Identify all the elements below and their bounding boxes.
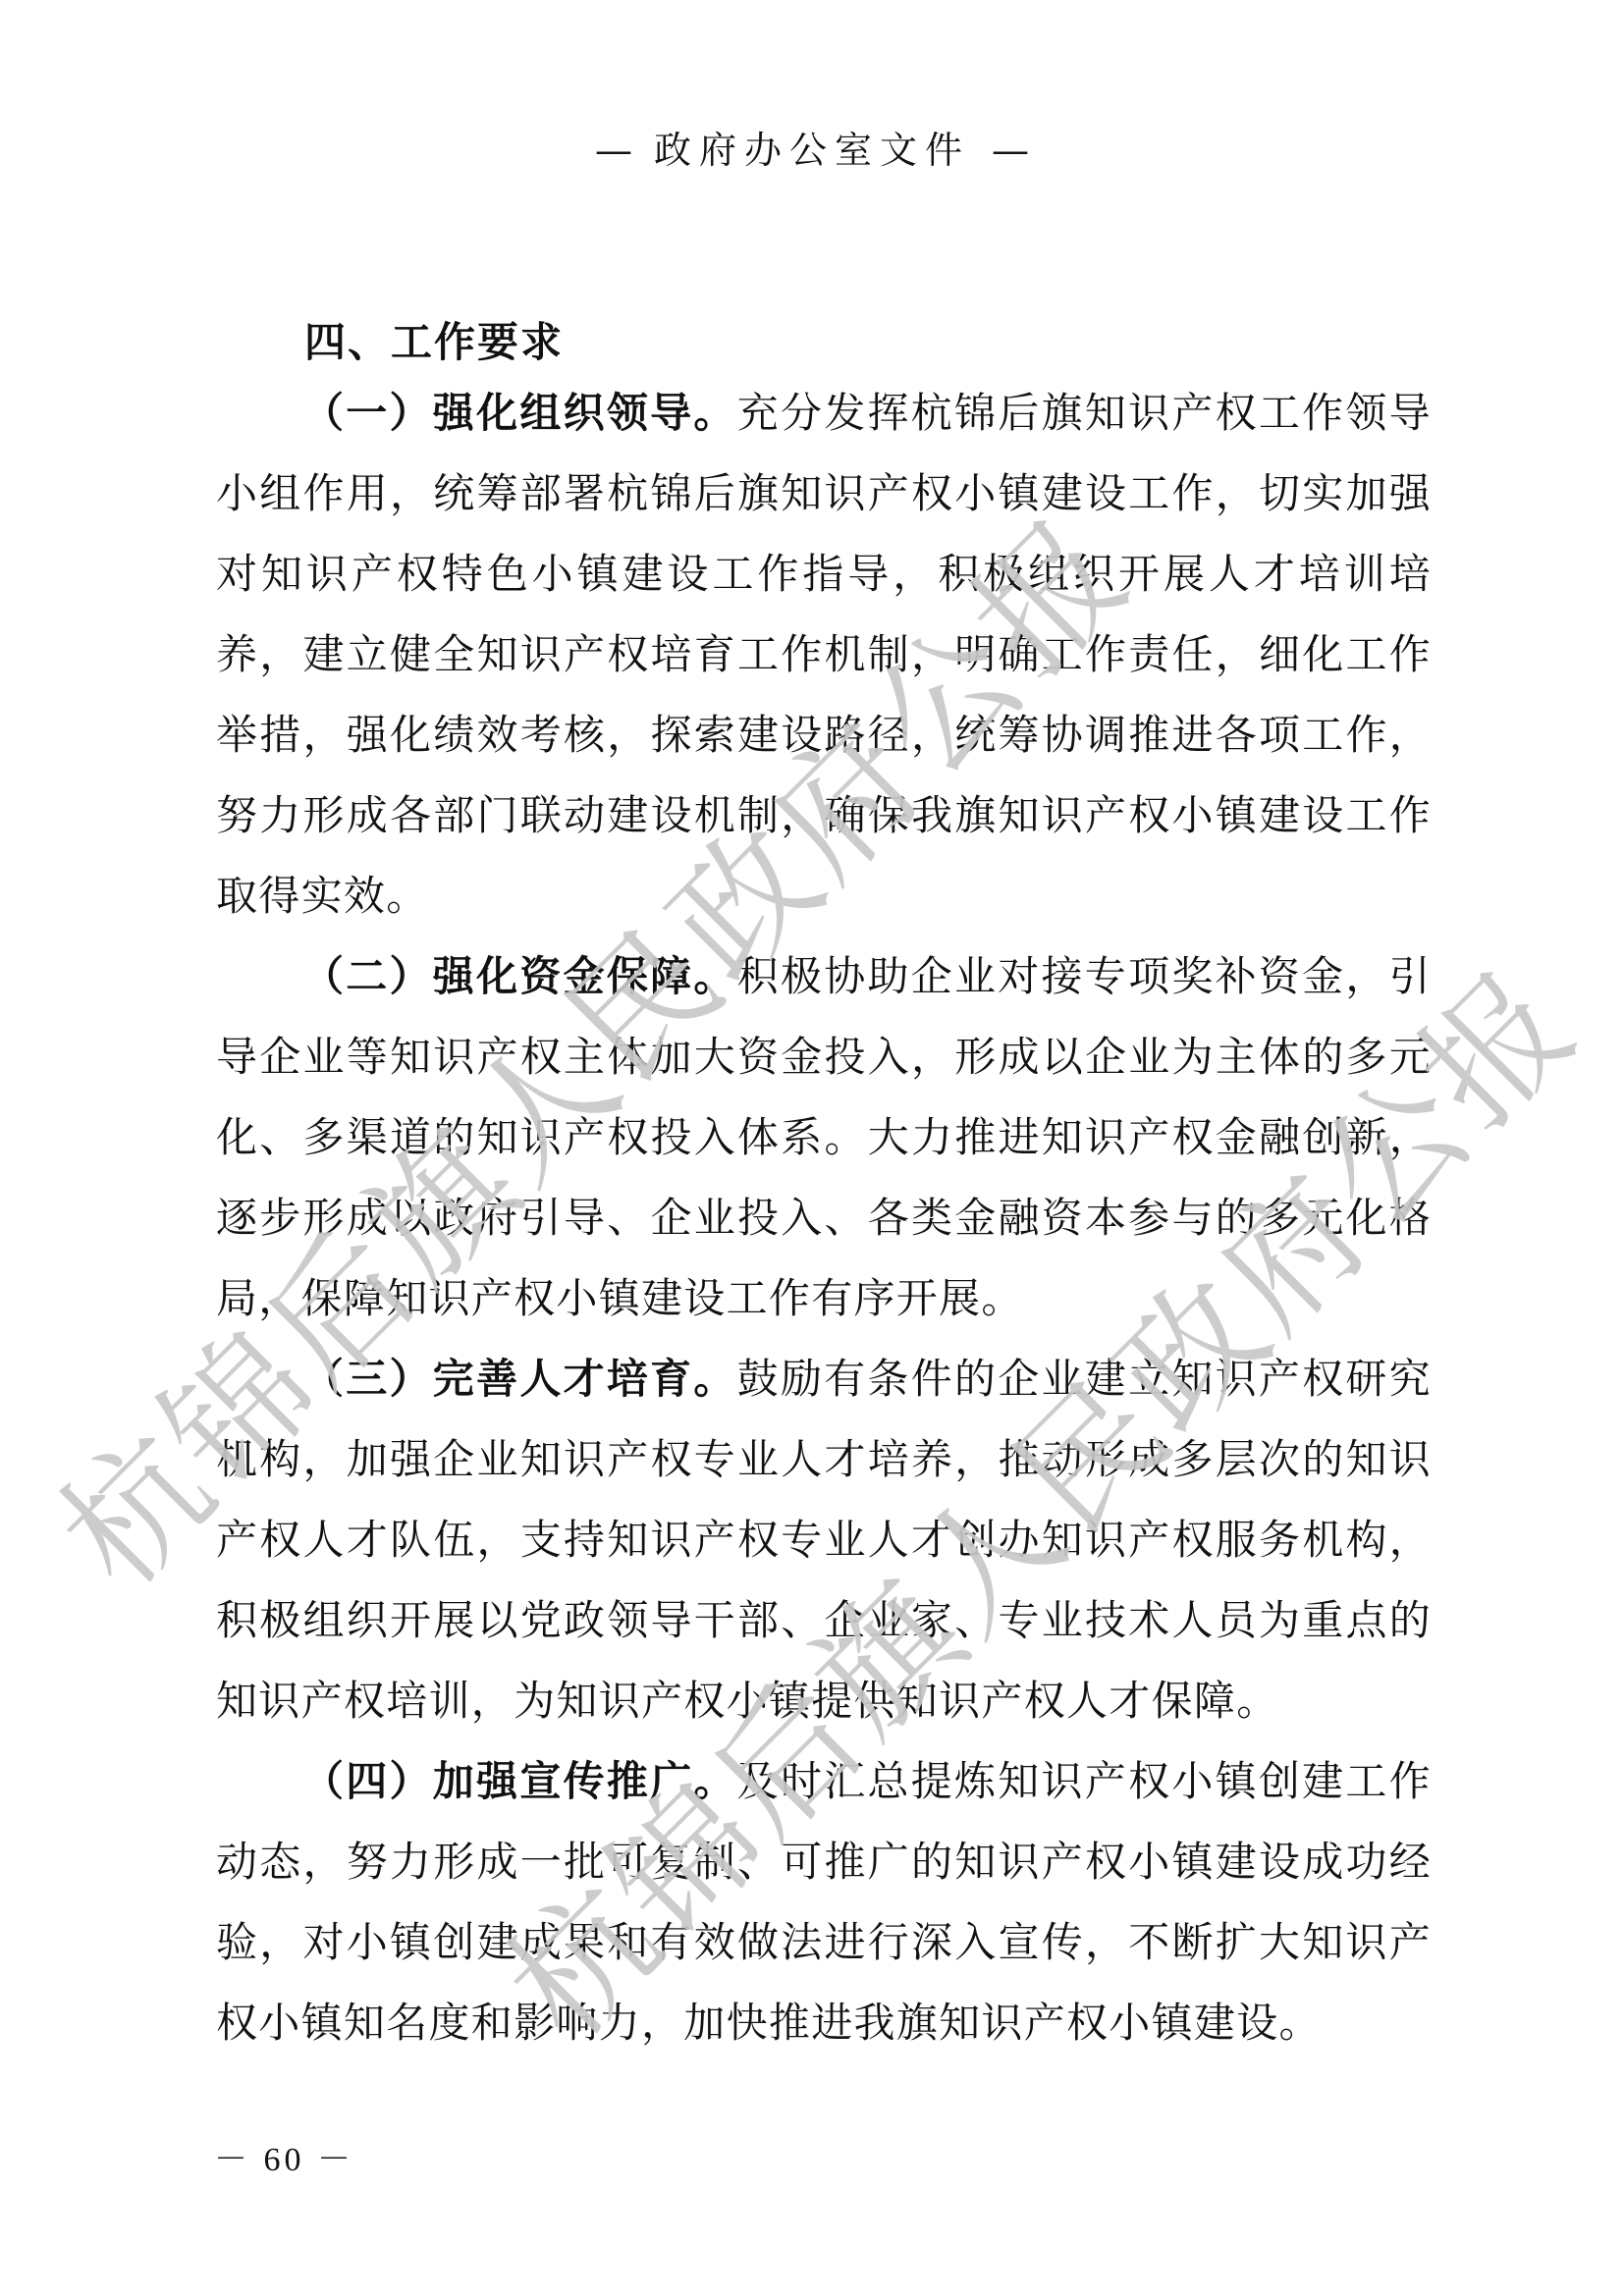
header-dash-left: — — [573, 129, 654, 172]
paragraph-lead: （四）加强宣传推广。 — [302, 1757, 737, 1805]
paragraph-publicity: （四）加强宣传推广。及时汇总提炼知识产权小镇创建工作动态，努力形成一批可复制、可… — [216, 1741, 1432, 2063]
section-heading: 四、工作要求 — [304, 310, 564, 369]
paragraph-organization: （一）强化组织领导。充分发挥杭锦后旗知识产权工作领导小组作用，统筹部署杭锦后旗知… — [216, 373, 1432, 936]
paragraph-funding: （二）强化资金保障。积极协助企业对接专项奖补资金，引导企业等知识产权主体加大资金… — [216, 936, 1432, 1339]
header-dash-right: — — [970, 129, 1051, 172]
paragraph-text: 积极协助企业对接专项奖补资金，引导企业等知识产权主体加大资金投入，形成以企业为主… — [216, 952, 1432, 1322]
header-title: 政府办公室文件 — [654, 129, 970, 172]
paragraph-lead: （三）完善人才培育。 — [302, 1355, 737, 1403]
paragraph-lead: （一）强化组织领导。 — [302, 389, 737, 437]
paragraph-lead: （二）强化资金保障。 — [302, 952, 737, 1000]
page-header: —政府办公室文件— — [0, 120, 1624, 174]
body-text: （一）强化组织领导。充分发挥杭锦后旗知识产权工作领导小组作用，统筹部署杭锦后旗知… — [216, 373, 1432, 2063]
paragraph-text: 充分发挥杭锦后旗知识产权工作领导小组作用，统筹部署杭锦后旗知识产权小镇建设工作，… — [216, 389, 1432, 920]
page-number: － 60 － — [214, 2132, 354, 2180]
paragraph-talent: （三）完善人才培育。鼓励有条件的企业建立知识产权研究机构，加强企业知识产权专业人… — [216, 1339, 1432, 1741]
paragraph-text: 鼓励有条件的企业建立知识产权研究机构，加强企业知识产权专业人才培养，推动形成多层… — [216, 1355, 1432, 1725]
